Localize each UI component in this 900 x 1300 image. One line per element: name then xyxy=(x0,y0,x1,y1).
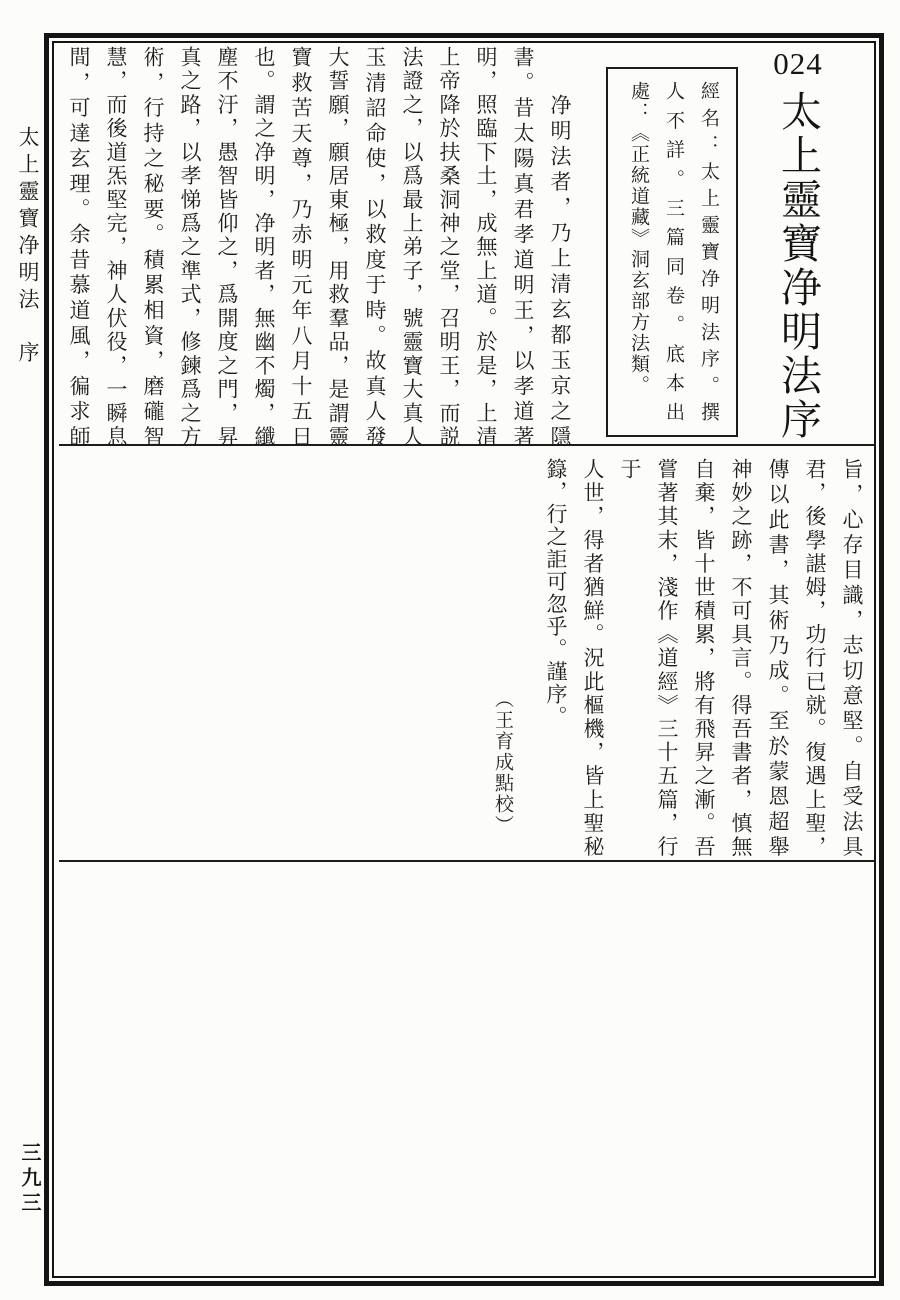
text-column: 人世，得者猶鮮。況此樞機，皆上聖秘 xyxy=(574,458,611,858)
bibliographic-note-box: 經名：太上靈寶净明法序。撰 人不詳。三篇同卷。底本出 處：《正統道藏》洞玄部方法… xyxy=(606,67,738,437)
text-column: 大誓願，願居東極，用救羣品，是謂靈 xyxy=(319,46,356,448)
text-column: 也。謂之净明，净明者，無幽不燭，纖 xyxy=(245,46,282,448)
note-column: 經名：太上靈寶净明法序。撰 xyxy=(691,81,726,423)
text-column: 上帝降於扶桑洞神之堂，召明王，而説 xyxy=(430,46,467,448)
margin-title-text: 太上靈寶净明法 xyxy=(16,126,40,315)
scanned-book-page: 024 太上靈寶净明法序 經名：太上靈寶净明法序。撰 人不詳。三篇同卷。底本出 … xyxy=(0,0,900,1300)
page-code: 024 xyxy=(750,46,846,82)
text-column: 神妙之跡，不可具言。得吾書者，慎無 xyxy=(722,458,759,858)
text-column: 旨，心存目識，志切意堅。自受法具 xyxy=(833,458,870,858)
folio-number: 三九三 xyxy=(15,1142,44,1217)
upper-register-text: 净明法者，乃上清玄都玉京之隱 書。昔太陽真君孝道明王，以孝道著 明，照臨下土，成… xyxy=(60,46,578,448)
title-block: 024 太上靈寶净明法序 xyxy=(750,46,846,450)
text-column: 玉清詔命使，以救度于時。故真人發 xyxy=(356,46,393,448)
margin-section-label: 序 xyxy=(16,341,40,368)
bibliographic-note-text: 經名：太上靈寶净明法序。撰 人不詳。三篇同卷。底本出 處：《正統道藏》洞玄部方法… xyxy=(618,81,726,423)
text-column: 嘗著其末，淺作《道經》三十五篇，行于 xyxy=(611,458,685,858)
page-title: 太上靈寶净明法序 xyxy=(772,86,824,446)
text-column: 傳以此書，其術乃成。至於蒙恩超舉 xyxy=(759,458,796,858)
text-column: 籙，行之詎可忽乎。謹序。 xyxy=(537,458,574,858)
text-column: 間，可達玄理。余昔慕道風，徧求師 xyxy=(60,46,97,448)
text-column: 術，行持之秘要。積累相資，磨礲智 xyxy=(134,46,171,448)
lower-register-text: 旨，心存目識，志切意堅。自受法具 君，後學諶姆，功行已就。復遇上聖， 傳以此書，… xyxy=(500,458,870,858)
note-column: 處：《正統道藏》洞玄部方法類。 xyxy=(621,81,656,423)
text-column: 慧，而後道炁堅完，神人伏役，一瞬息 xyxy=(97,46,134,448)
text-column: 净明法者，乃上清玄都玉京之隱 xyxy=(541,46,578,448)
text-column: 塵不汙，愚智皆仰之，爲開度之門，昇 xyxy=(208,46,245,448)
margin-running-title: 太上靈寶净明法序 xyxy=(13,126,43,416)
text-column: 書。昔太陽真君孝道明王，以孝道著 xyxy=(504,46,541,448)
text-column: 真之路，以孝悌爲之準式，修鍊爲之方 xyxy=(171,46,208,448)
note-column: 人不詳。三篇同卷。底本出 xyxy=(656,81,691,423)
text-column: 明，照臨下土，成無上道。於是，上清 xyxy=(467,46,504,448)
editor-attribution: （王育成點校） xyxy=(484,458,521,858)
register-divider-bottom xyxy=(59,860,875,862)
text-column: 法證之，以爲最上弟子，號靈寶大真人 xyxy=(393,46,430,448)
text-column: 君，後學諶姆，功行已就。復遇上聖， xyxy=(796,458,833,858)
text-column: 寶救苦天尊，乃赤明元年八月十五日 xyxy=(282,46,319,448)
text-column: 自棄，皆十世積累，將有飛昇之漸。吾 xyxy=(685,458,722,858)
